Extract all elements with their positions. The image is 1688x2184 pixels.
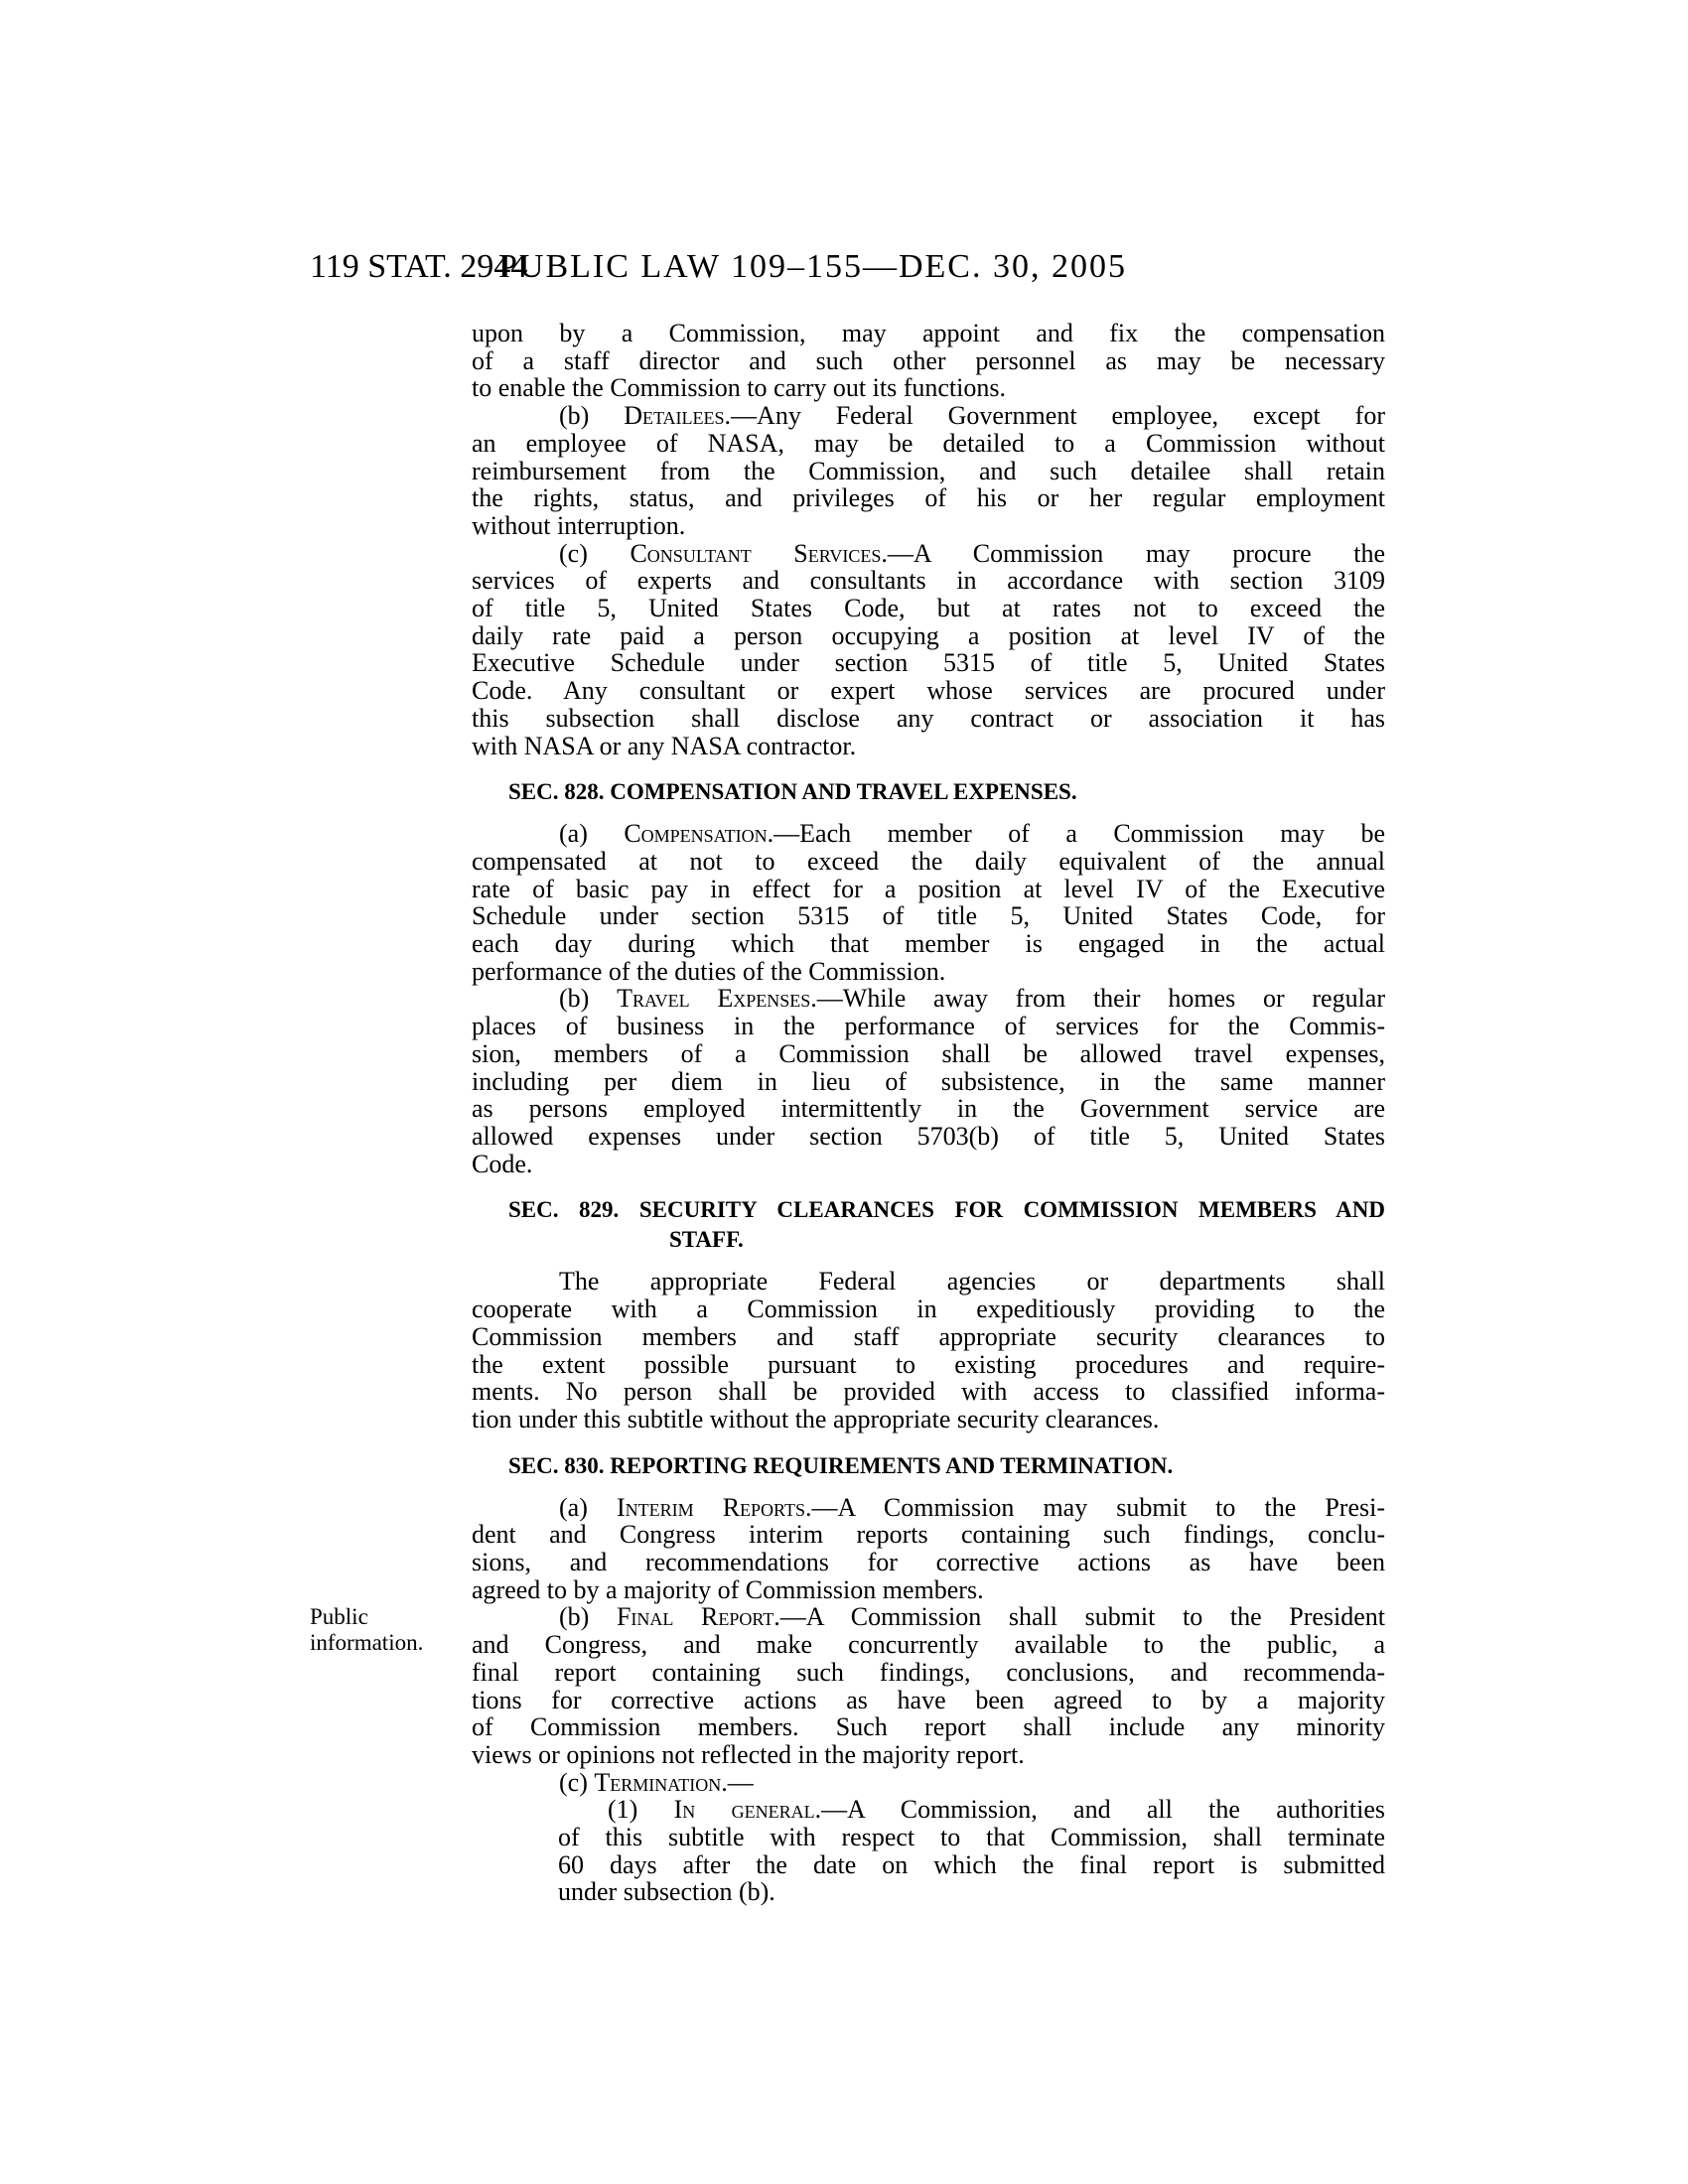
text-segment: cooperate with a Commission in expeditio… <box>472 1295 1385 1323</box>
text-segment: Executive Schedule under section 5315 of… <box>472 648 1385 677</box>
text-segment: of Commission members. Such report shall… <box>472 1712 1385 1741</box>
text-line: Schedule under section 5315 of title 5, … <box>472 902 1385 930</box>
text-segment: the extent possible pursuant to existing… <box>472 1350 1385 1379</box>
paragraph: (c) Termination.— <box>472 1769 1385 1797</box>
text-segment: (1) <box>608 1795 674 1824</box>
text-line: final report containing such findings, c… <box>472 1659 1385 1687</box>
text-line: performance of the duties of the Commiss… <box>472 958 1385 986</box>
text-line: without interruption. <box>472 512 1385 540</box>
small-caps-term: Compensation <box>624 819 767 848</box>
text-line: allowed expenses under section 5703(b) o… <box>472 1123 1385 1151</box>
text-line: views or opinions not reflected in the m… <box>472 1741 1385 1769</box>
paragraph: upon by a Commission, may appoint and fi… <box>472 320 1385 402</box>
text-line: (b) Detailees.—Any Federal Government em… <box>472 402 1385 430</box>
text-line: Executive Schedule under section 5315 of… <box>472 649 1385 677</box>
text-line: services of experts and consultants in a… <box>472 567 1385 595</box>
text-line: as persons employed intermittently in th… <box>472 1095 1385 1123</box>
section-heading: SEC. 829. SECURITY CLEARANCES FOR COMMIS… <box>472 1195 1385 1255</box>
text-line: of this subtitle with respect to that Co… <box>472 1824 1385 1851</box>
small-caps-term: Detailees <box>624 401 724 430</box>
text-segment: STAFF. <box>669 1227 744 1252</box>
text-line: (a) Interim Reports.—A Commission may su… <box>472 1494 1385 1522</box>
text-line: this subsection shall disclose any contr… <box>472 705 1385 733</box>
text-segment: .—A Commission shall submit to the Presi… <box>774 1602 1385 1631</box>
text-segment: tion under this subtitle without the app… <box>472 1405 1159 1433</box>
text-segment: Commission members and staff appropriate… <box>472 1322 1385 1351</box>
text-line: with NASA or any NASA contractor. <box>472 733 1385 760</box>
text-segment: sion, members of a Commission shall be a… <box>472 1039 1385 1068</box>
text-line: reimbursement from the Commission, and s… <box>472 458 1385 485</box>
text-line: including per diem in lieu of subsistenc… <box>472 1068 1385 1096</box>
text-segment: each day during which that member is eng… <box>472 929 1385 958</box>
text-segment: .—A Commission may procure the <box>881 539 1385 568</box>
text-segment: of this subtitle with respect to that Co… <box>558 1823 1385 1851</box>
text-line: cooperate with a Commission in expeditio… <box>472 1296 1385 1323</box>
text-segment: daily rate paid a person occupying a pos… <box>472 621 1385 650</box>
text-segment: services of experts and consultants in a… <box>472 566 1385 595</box>
text-line: (a) Compensation.—Each member of a Commi… <box>472 820 1385 848</box>
text-segment: this subsection shall disclose any contr… <box>472 704 1385 733</box>
text-line: STAFF. <box>472 1225 1385 1255</box>
text-line: agreed to by a majority of Commission me… <box>472 1576 1385 1604</box>
text-line: to enable the Commission to carry out it… <box>472 374 1385 402</box>
text-line: sions, and recommendations for correctiv… <box>472 1549 1385 1576</box>
text-segment: tions for corrective actions as have bee… <box>472 1686 1385 1714</box>
text-segment: under subsection (b). <box>558 1877 775 1906</box>
text-line: ments. No person shall be provided with … <box>472 1378 1385 1406</box>
text-segment: of a staff director and such other perso… <box>472 346 1385 375</box>
paragraph: (a) Interim Reports.—A Commission may su… <box>472 1494 1385 1604</box>
section-heading: SEC. 828. COMPENSATION AND TRAVEL EXPENS… <box>472 777 1385 807</box>
text-segment: .—A Commission, and all the authorities <box>815 1795 1385 1824</box>
text-line: SEC. 830. REPORTING REQUIREMENTS AND TER… <box>472 1451 1385 1481</box>
text-line: (c) Consultant Services.—A Commission ma… <box>472 540 1385 568</box>
text-segment: Code. <box>472 1150 532 1178</box>
text-line: (b) Travel Expenses.—While away from the… <box>472 985 1385 1013</box>
text-line: (c) Termination.— <box>472 1769 1385 1797</box>
section-heading: SEC. 830. REPORTING REQUIREMENTS AND TER… <box>472 1451 1385 1481</box>
text-segment: reimbursement from the Commission, and s… <box>472 457 1385 485</box>
text-segment: .—Any Federal Government employee, excep… <box>725 401 1385 430</box>
text-segment: (b) <box>559 1602 617 1631</box>
text-line: the rights, status, and privileges of hi… <box>472 484 1385 512</box>
text-line: each day during which that member is eng… <box>472 930 1385 958</box>
text-segment: views or opinions not reflected in the m… <box>472 1740 1025 1769</box>
text-segment: .—While away from their homes or regular <box>810 984 1385 1013</box>
small-caps-term: Final Report <box>617 1602 774 1631</box>
text-line: The appropriate Federal agencies or depa… <box>472 1268 1385 1296</box>
text-segment: .—Each member of a Commission may be <box>768 819 1385 848</box>
text-segment: the rights, status, and privileges of hi… <box>472 483 1385 512</box>
text-segment: (b) <box>559 401 624 430</box>
text-segment: an employee of NASA, may be detailed to … <box>472 429 1385 458</box>
text-segment: (a) <box>559 1493 617 1522</box>
text-line: an employee of NASA, may be detailed to … <box>472 430 1385 458</box>
text-line: tion under this subtitle without the app… <box>472 1406 1385 1433</box>
text-segment: SEC. 830. REPORTING REQUIREMENTS AND TER… <box>508 1453 1173 1478</box>
text-segment: (b) <box>559 984 617 1013</box>
text-segment: (c) <box>559 1768 594 1797</box>
text-segment: (a) <box>559 819 624 848</box>
paragraph: (c) Consultant Services.—A Commission ma… <box>472 540 1385 760</box>
small-caps-term: Travel Expenses <box>617 984 810 1013</box>
text-segment: with NASA or any NASA contractor. <box>472 732 856 760</box>
text-line: of a staff director and such other perso… <box>472 347 1385 375</box>
text-line: daily rate paid a person occupying a pos… <box>472 622 1385 650</box>
text-segment: including per diem in lieu of subsistenc… <box>472 1067 1385 1096</box>
text-line: 60 days after the date on which the fina… <box>472 1851 1385 1879</box>
text-segment: (c) <box>559 539 630 568</box>
paragraph: (1) In general.—A Commission, and all th… <box>472 1796 1385 1906</box>
text-segment: upon by a Commission, may appoint and fi… <box>472 319 1385 347</box>
text-line: places of business in the performance of… <box>472 1013 1385 1040</box>
text-segment: .— <box>721 1768 754 1797</box>
text-segment: SEC. 829. SECURITY CLEARANCES FOR COMMIS… <box>508 1197 1385 1222</box>
text-line: under subsection (b). <box>472 1878 1385 1906</box>
text-line: rate of basic pay in effect for a positi… <box>472 876 1385 903</box>
text-segment: .—A Commission may submit to the Presi- <box>805 1493 1385 1522</box>
text-segment: of title 5, United States Code, but at r… <box>472 594 1385 622</box>
text-segment: performance of the duties of the Commiss… <box>472 957 945 986</box>
text-segment: places of business in the performance of… <box>472 1012 1385 1040</box>
document-body: upon by a Commission, may appoint and fi… <box>472 320 1385 1906</box>
text-segment: ments. No person shall be provided with … <box>472 1377 1385 1406</box>
paragraph: Public information.(b) Final Report.—A C… <box>472 1603 1385 1768</box>
paragraph: The appropriate Federal agencies or depa… <box>472 1268 1385 1433</box>
text-segment: dent and Congress interim reports contai… <box>472 1520 1385 1549</box>
text-segment: allowed expenses under section 5703(b) o… <box>472 1122 1385 1151</box>
text-segment: 60 days after the date on which the fina… <box>558 1850 1385 1879</box>
small-caps-term: Consultant Services <box>630 539 881 568</box>
text-segment: without interruption. <box>472 511 685 540</box>
text-line: (1) In general.—A Commission, and all th… <box>472 1796 1385 1824</box>
text-segment: The appropriate Federal agencies or depa… <box>559 1267 1385 1296</box>
text-line: compensated at not to exceed the daily e… <box>472 848 1385 876</box>
paragraph: (a) Compensation.—Each member of a Commi… <box>472 820 1385 985</box>
text-line: upon by a Commission, may appoint and fi… <box>472 320 1385 347</box>
text-line: SEC. 829. SECURITY CLEARANCES FOR COMMIS… <box>472 1195 1385 1225</box>
text-line: Code. <box>472 1151 1385 1178</box>
text-line: Code. Any consultant or expert whose ser… <box>472 677 1385 705</box>
small-caps-term: In general <box>674 1795 815 1824</box>
text-segment: to enable the Commission to carry out it… <box>472 373 1006 402</box>
text-line: Commission members and staff appropriate… <box>472 1323 1385 1351</box>
text-segment: SEC. 828. COMPENSATION AND TRAVEL EXPENS… <box>508 779 1077 804</box>
text-line: the extent possible pursuant to existing… <box>472 1351 1385 1379</box>
text-segment: and Congress, and make concurrently avai… <box>472 1630 1385 1659</box>
text-segment: rate of basic pay in effect for a positi… <box>472 875 1385 903</box>
text-segment: as persons employed intermittently in th… <box>472 1094 1385 1123</box>
paragraph: (b) Travel Expenses.—While away from the… <box>472 985 1385 1177</box>
text-segment: compensated at not to exceed the daily e… <box>472 847 1385 876</box>
text-line: dent and Congress interim reports contai… <box>472 1521 1385 1549</box>
text-line: tions for corrective actions as have bee… <box>472 1687 1385 1714</box>
text-line: SEC. 828. COMPENSATION AND TRAVEL EXPENS… <box>472 777 1385 807</box>
text-line: (b) Final Report.—A Commission shall sub… <box>472 1603 1385 1631</box>
text-line: and Congress, and make concurrently avai… <box>472 1631 1385 1659</box>
small-caps-term: Termination <box>594 1768 721 1797</box>
text-segment: final report containing such findings, c… <box>472 1658 1385 1687</box>
paragraph: (b) Detailees.—Any Federal Government em… <box>472 402 1385 540</box>
text-segment: Code. Any consultant or expert whose ser… <box>472 676 1385 705</box>
text-segment: sions, and recommendations for correctiv… <box>472 1548 1385 1576</box>
margin-note: Public information. <box>310 1604 469 1656</box>
text-line: sion, members of a Commission shall be a… <box>472 1040 1385 1068</box>
text-line: of title 5, United States Code, but at r… <box>472 595 1385 622</box>
page-number: 119 STAT. 2944 <box>310 248 527 286</box>
text-segment: agreed to by a majority of Commission me… <box>472 1575 984 1604</box>
text-segment: Schedule under section 5315 of title 5, … <box>472 901 1385 930</box>
statute-page: 119 STAT. 2944 PUBLIC LAW 109–155—DEC. 3… <box>0 0 1688 2184</box>
law-title: PUBLIC LAW 109–155—DEC. 30, 2005 <box>498 248 1127 286</box>
text-line: of Commission members. Such report shall… <box>472 1713 1385 1741</box>
small-caps-term: Interim Reports <box>617 1493 805 1522</box>
